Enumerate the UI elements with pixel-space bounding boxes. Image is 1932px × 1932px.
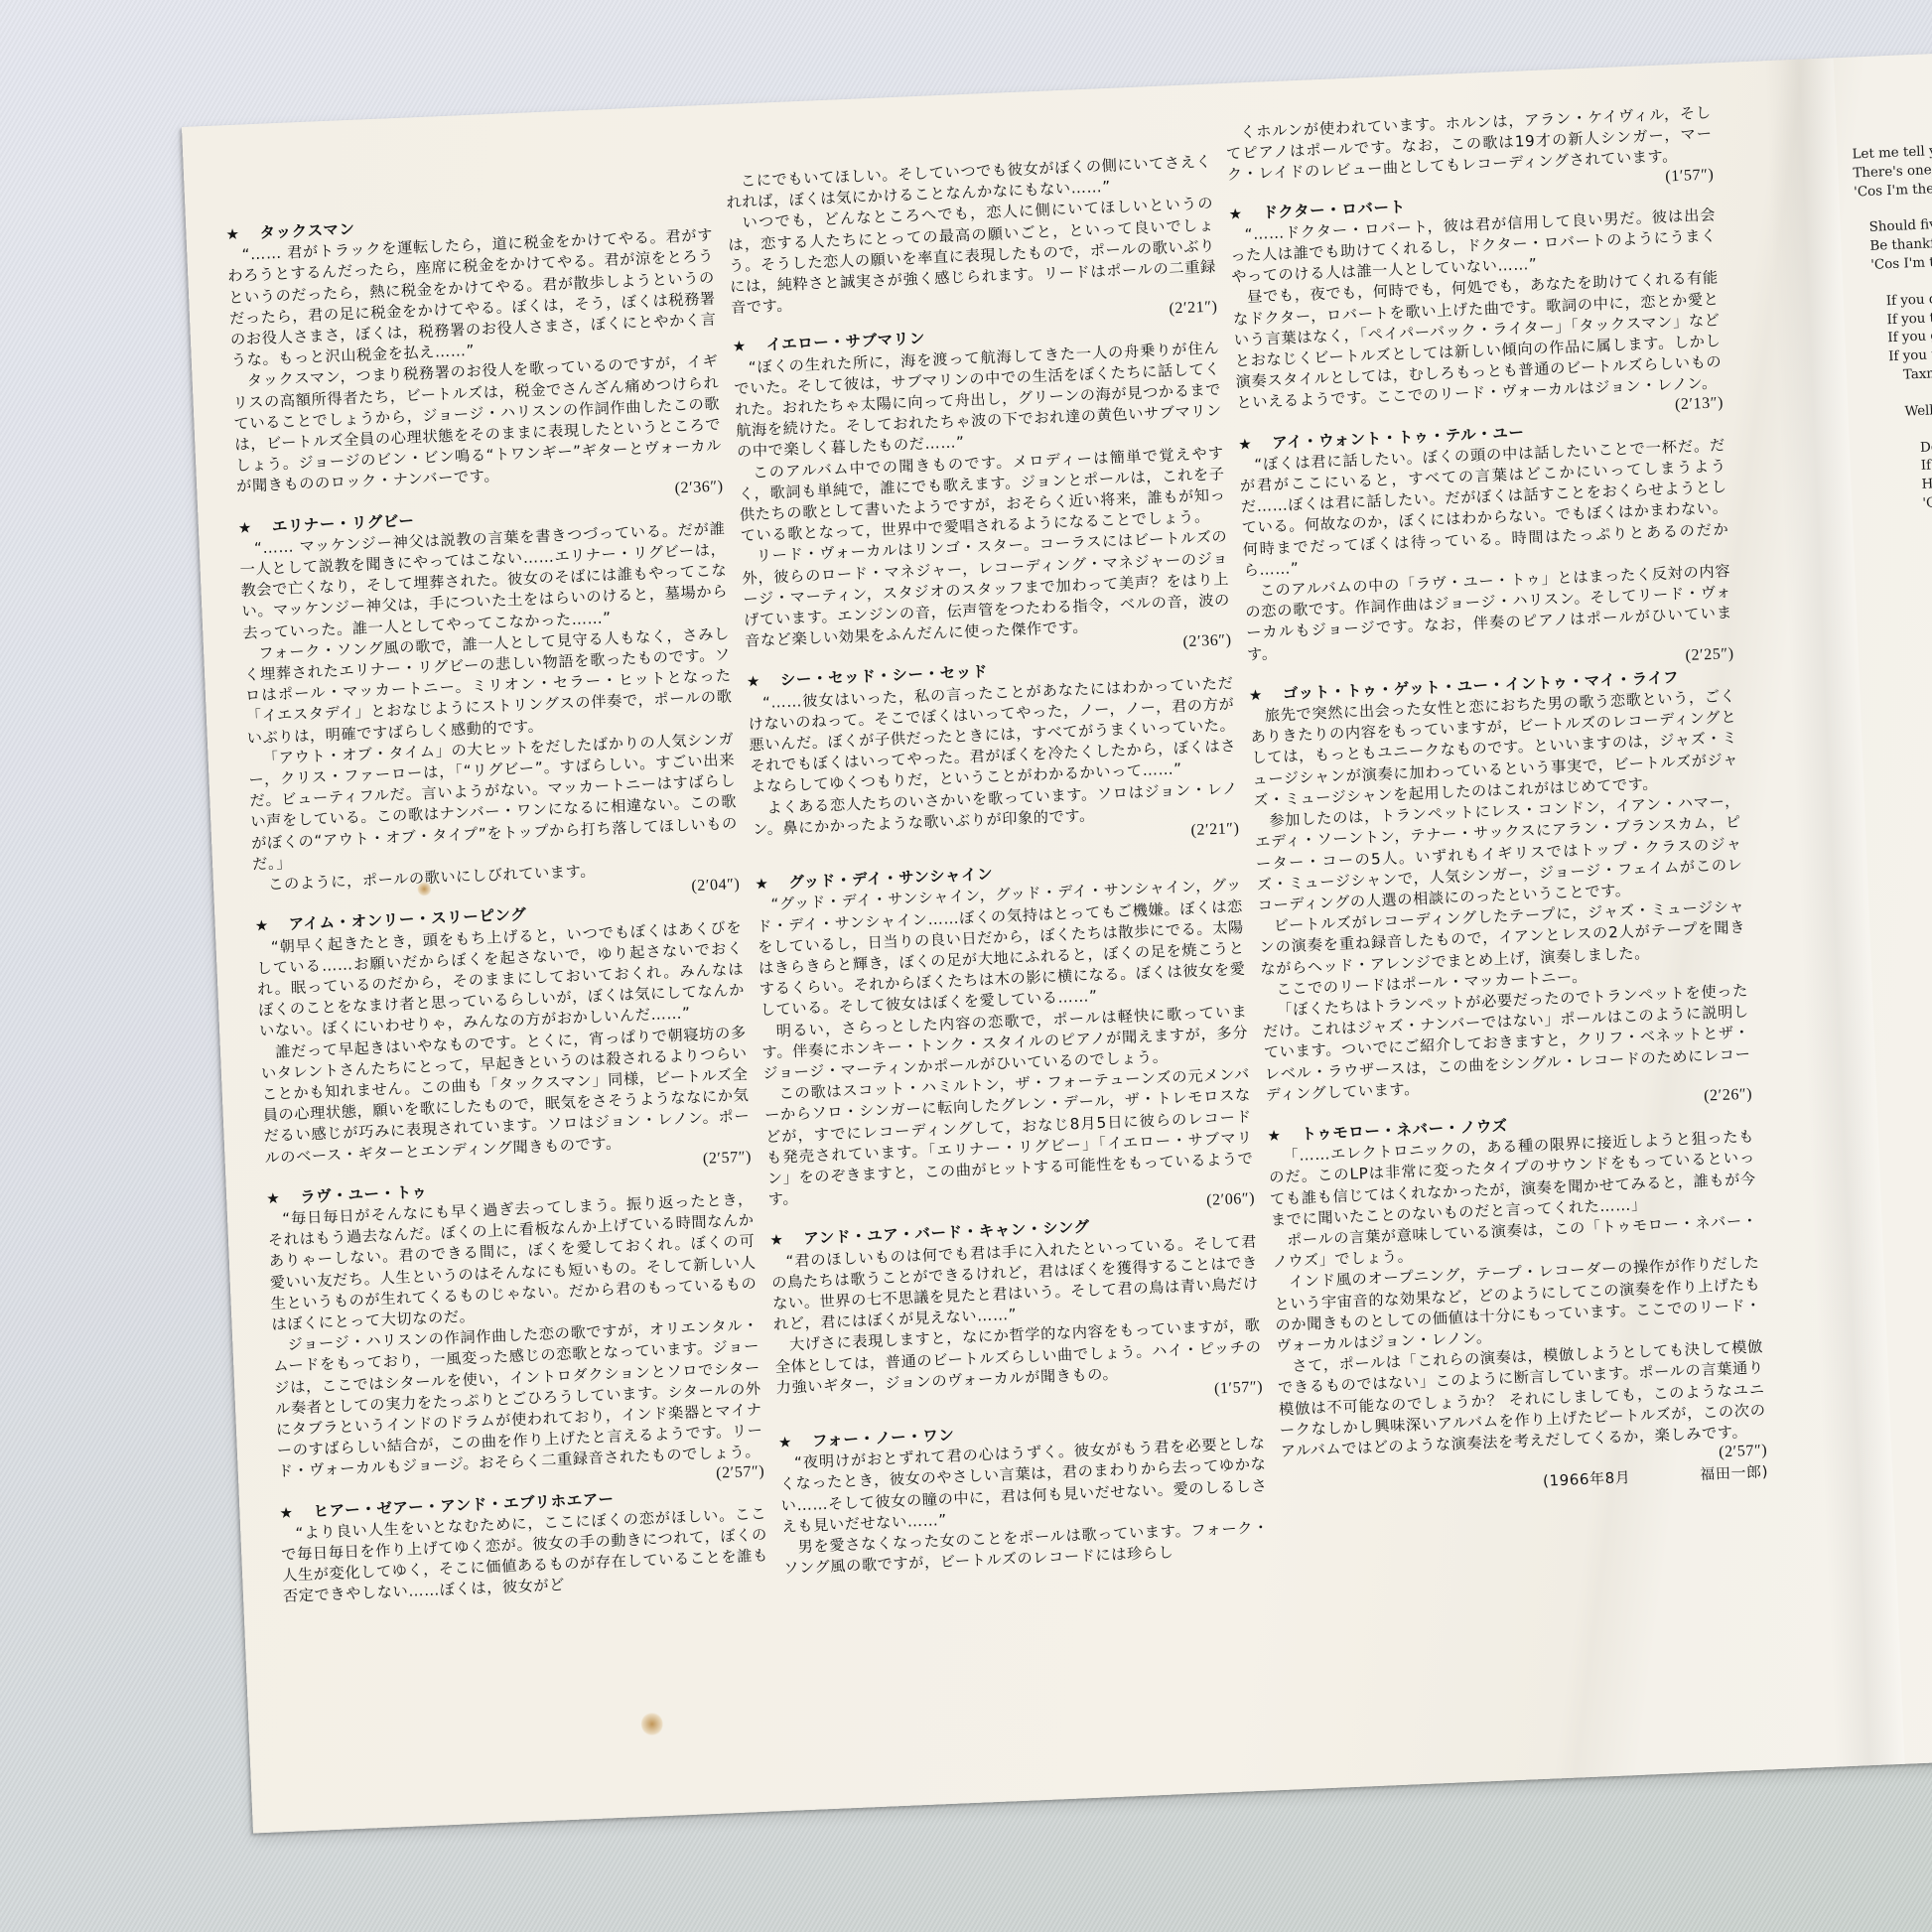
commentary-paragraph: 旅先で突然に出会った女性と恋におちた男の歌う恋歌という，ごくありきたりの内容をも…	[1249, 686, 1739, 811]
song-entry: ★エリナー・リグビー“…… マッケンジー神父は説教の言葉を書きつづっている。だが…	[238, 497, 741, 914]
song-entry: ★アイム・オンリー・スリーピング“朝早く起きたとき，頭をもち上げると，いつでもぼ…	[254, 896, 752, 1186]
song-entry: ★イエロー・サブマリン“ぼくの生れた所に，海を渡って航海してきた一人の舟乗りが住…	[732, 317, 1232, 670]
commentary-paragraph: この歌はスコット・ハミルトン，ザ・フォーテューンズの元メンバーからソロ・シンガー…	[763, 1064, 1255, 1211]
lyric-stanza: Should five perceBe thankfull I d'Cos I'…	[1855, 212, 1932, 277]
column-2: こにでもいてほしい。そしていつでも彼女がぼくの側にいてさえくれれば，ぼくは気にか…	[725, 152, 1270, 1583]
star-icon: ★	[279, 1501, 314, 1524]
continued-paragraph: いつでも，どんなところへでも，恋人に側にいてほしいというのは，恋する人たちにとっ…	[727, 194, 1217, 319]
lyric-stanza: Don't asIf you dHeat'Cos I'	[1864, 433, 1932, 515]
song-lyric-excerpt: “ぼくの生れた所に，海を渡って航海してきた一人の舟乗りが住んでいた。そして彼は，…	[733, 338, 1223, 463]
star-icon: ★	[254, 914, 289, 937]
song-title-text: タックスマン	[259, 220, 355, 242]
song-entry: ★シー・セッド・シー・セッド“……彼女はいった，私の言ったことがあなたにはわかっ…	[746, 652, 1239, 859]
star-icon: ★	[225, 223, 260, 246]
commentary-paragraph: 「ぼくたちはトランペットが必要だったのでトランペットを使っただけ。これはジャズ・…	[1262, 981, 1752, 1106]
lyric-line: Well I'm	[1863, 397, 1932, 424]
commentary-paragraph: フォーク・ソング風の歌で，誰一人として見守る人もなく，さみしく埋葬されたエリナー…	[243, 623, 734, 749]
star-icon: ★	[732, 336, 766, 358]
star-icon: ★	[1238, 433, 1273, 456]
song-entry: ★フォー・ノー・ワン“夜明けがおとずれて君の心はうずく。彼女がもう君を必要としな…	[778, 1412, 1271, 1580]
lyric-stanza: NowDecl'Cos	[1868, 526, 1932, 591]
column-1: ★タックスマン“…… 君がトラックを運転したら，道に税金をかけてやる。君がすわろ…	[225, 205, 769, 1610]
commentary-paragraph: 「アウト・オブ・タイム」の大ヒットをだしたばかりの人気シンガー，クリス・ファーロ…	[247, 729, 739, 876]
english-lyrics-taxman: Let me tell you it wThere's one for you'…	[1852, 138, 1932, 644]
song-lyric-excerpt: “…… 君がトラックを運転したら，道に税金をかけてやる。君がすわろうとするんだっ…	[226, 225, 718, 372]
star-icon: ★	[1228, 203, 1263, 225]
commentary-paragraph: ジョージ・ハリスンの作詞作曲した恋の歌ですが，オリエンタル・ムードをもっており，…	[272, 1315, 764, 1483]
column-3: くホルンが使われています。ホルンは，アラン・ケイヴィル，そしてピアノはポールです…	[1225, 102, 1769, 1503]
signature-author: 福田一郎)	[1700, 1461, 1769, 1485]
lyric-stanza: If you drive aIf you try toIf you get to…	[1859, 286, 1932, 387]
lyric-stanza: Well I'm	[1863, 397, 1932, 424]
star-icon: ★	[1267, 1125, 1302, 1148]
commentary-paragraph: 昼でも，夜でも，何時でも，何処でも，あなたを助けてくれる有能なドクター，ロバート…	[1232, 268, 1724, 415]
song-title-text: ラヴ・ユー・トゥ	[300, 1182, 428, 1205]
song-lyric-excerpt: “ぼくは君に話したい。ぼくの頭の中は話したいことで一杯だ。だが君がここにいると，…	[1239, 435, 1730, 582]
lyric-line: Now	[1868, 526, 1932, 553]
stain-spot	[640, 1712, 663, 1736]
commentary-paragraph: リード・ヴォーカルはリンゴ・スター。コーラスにはビートルズの外，彼らのロード・マ…	[741, 527, 1231, 652]
lyric-stanza: Ar	[1871, 600, 1932, 626]
star-icon: ★	[266, 1187, 301, 1210]
lyric-line: Should five perce	[1855, 212, 1932, 239]
song-lyric-excerpt: “朝早く起きたとき，頭をもち上げると，いつでもぼくはあくびをしている……お願いだ…	[255, 917, 746, 1042]
song-lyric-excerpt: “…… マッケンジー神父は説教の言葉を書きつづっている。だが誰一人として説教を聞…	[238, 518, 729, 643]
song-lyric-excerpt: “……彼女はいった，私の言ったことがあなたにはわかっていただけないのねって。そこ…	[747, 673, 1237, 798]
song-entry: ★アンド・ユア・バード・キャン・シング“君のほしいものは何でも君は手に入れたとい…	[769, 1210, 1263, 1417]
star-icon: ★	[238, 516, 273, 539]
lyric-line: Let me tell you it w	[1852, 138, 1932, 165]
song-entry: ★ゴット・トゥ・ゲット・ユー・イントゥ・マイ・ライフ旅先で突然に出会った女性と恋…	[1248, 665, 1752, 1124]
song-entry: ★ドクター・ロバート“……ドクター・ロバート，彼は君が信用して良い男だ。彼は出会…	[1228, 184, 1724, 432]
song-entry: ★ラヴ・ユー・トゥ“毎日毎日がそんなにも早く過ぎ去ってしまう。振り返ったとき，そ…	[266, 1169, 765, 1501]
star-icon: ★	[1248, 684, 1283, 707]
song-lyric-excerpt: “毎日毎日がそんなにも早く過ぎ去ってしまう。振り返ったとき，それはもう過去なんだ…	[267, 1189, 759, 1336]
commentary-paragraph: さて，ポールは「これらの演奏は，模倣しようとしても決して模倣できるものではない」…	[1277, 1337, 1767, 1462]
star-icon: ★	[769, 1229, 804, 1252]
song-entry: ★アイ・ウォント・トゥ・テル・ユー“ぼくは君に話したい。ぼくの頭の中は話したいこ…	[1238, 414, 1734, 684]
commentary-paragraph: 参加したのは，トランペットにレス・コンドン，イアン・ハマー，エディ・ソーントン，…	[1254, 791, 1744, 916]
song-entry: ★タックスマン“…… 君がトラックを運転したら，道に税金をかけてやる。君がすわろ…	[225, 205, 724, 516]
star-icon: ★	[778, 1432, 813, 1454]
song-entry: ★グッド・デイ・サンシャイン“グッド・デイ・サンシャイン，グッド・デイ・サンシャ…	[755, 854, 1256, 1228]
song-entry: ★トゥモロー・ネバー・ノウズ「……エレクトロニックの，ある種の限界に接近しようと…	[1267, 1106, 1768, 1480]
signature-date: (1966年8月	[1543, 1467, 1631, 1492]
liner-notes-sheet: ★タックスマン“…… 君がトラックを運転したら，道に税金をかけてやる。君がすわろ…	[182, 52, 1932, 1834]
star-icon: ★	[755, 873, 789, 896]
lyric-line: If you drive a	[1859, 286, 1932, 313]
song-lyric-excerpt: “グッド・デイ・サンシャイン，グッド・デイ・サンシャイン，グッド・デイ・サンシャ…	[756, 875, 1247, 1022]
commentary-paragraph: 誰だって早起きはいやなものです。とくに，宵っぱりで朝寝坊の多いタレントさんたちに…	[260, 1023, 752, 1170]
lyric-line: Ar	[1871, 600, 1932, 626]
commentary-paragraph: タックスマン，つまり税務署のお役人を歌っているのですが，イギリスの高額所得者たち…	[231, 351, 723, 498]
lyric-line: Don't as	[1864, 433, 1932, 460]
lyric-stanza: Let me tell you it wThere's one for you'…	[1852, 138, 1932, 203]
star-icon: ★	[746, 671, 780, 694]
song-entry: ★ヒアー・ゼアー・アンド・エブリホエアー“より良い人生をいとなむために，ここにぼ…	[279, 1482, 769, 1607]
